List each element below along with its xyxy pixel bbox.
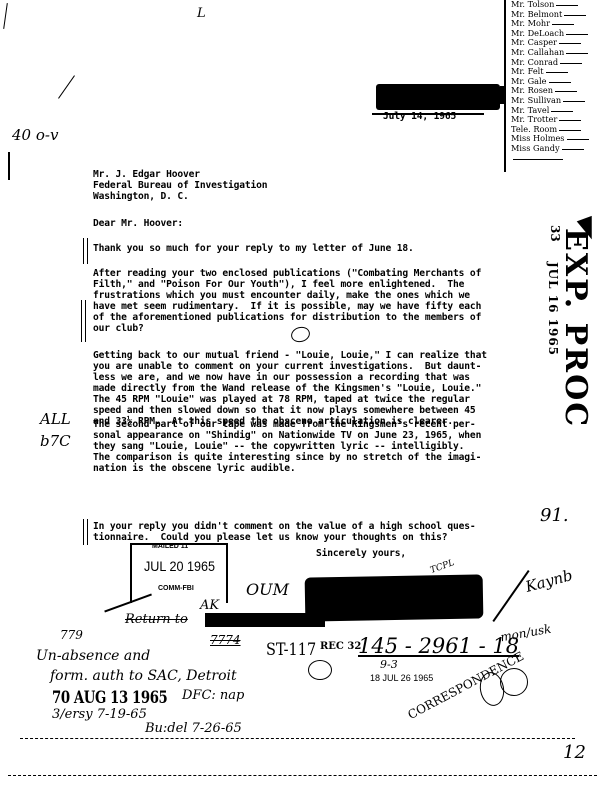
footer-rule-2: [8, 775, 597, 776]
salutation: Dear Mr. Hoover:: [93, 218, 183, 229]
handwritten-note-5: Bu:del 7-26-65: [145, 721, 242, 736]
circle-scribble: [308, 660, 332, 680]
closing: Sincerely yours,: [316, 548, 406, 559]
redaction-signature: [305, 574, 484, 621]
footer-rule-1: [20, 738, 575, 739]
routing-slip-name: Mr. Felt: [511, 66, 544, 76]
routing-slip-name: Miss Holmes: [511, 133, 565, 143]
mailed-stamp-label: MAILED 11: [152, 543, 188, 550]
body-line: Thank you so much for your reply to my l…: [93, 243, 414, 254]
margin-bracket-3: [83, 519, 88, 545]
left-bracket-mark: [8, 152, 10, 180]
routing-slip-name: Mr. Gale: [511, 76, 547, 86]
routing-slip: Mr. TolsonMr. BelmontMr. MohrMr. DeLoach…: [504, 0, 596, 172]
margin-bracket-2: [81, 300, 86, 342]
top-slash: [58, 75, 75, 99]
scribble-loop-2: [500, 668, 528, 696]
routing-slip-line: [560, 63, 582, 64]
handwritten-top-left: 40 o-v: [12, 126, 58, 144]
mailed-stamp-dept: COMM-FBI: [158, 585, 194, 592]
handwritten-tcp: TCPL: [429, 558, 456, 576]
body-line: of the aforementioned publications for d…: [93, 312, 481, 323]
routing-slip-line: [513, 159, 563, 160]
body-line: they sang "Louie, Louie" -- the copywrit…: [93, 441, 464, 452]
file-number: 145 - 2961 - 18: [358, 634, 519, 658]
body-line: The comparison is quite interesting sinc…: [93, 452, 481, 463]
circle-mark: [289, 325, 311, 344]
handwritten-return-to: Return to: [125, 612, 188, 627]
routing-slip-row: Miss Gandy: [506, 144, 596, 154]
margin-bracket-1: [83, 238, 88, 264]
routing-slip-line: [567, 139, 589, 140]
routing-slip-name: Mr. Casper: [511, 37, 557, 47]
body-line: In your reply you didn't comment on the …: [93, 521, 476, 532]
body-line: less we are, and we now have in our poss…: [93, 372, 470, 383]
routing-slip-line: [552, 24, 574, 25]
stamp-st-117: ST-117: [266, 640, 316, 660]
body-line: tionnaire. Could you please let us know …: [93, 532, 447, 543]
address-line-2: Federal Bureau of Investigation: [93, 180, 267, 191]
body-line: The 45 RPM "Louie" was played at 78 RPM,…: [93, 394, 470, 405]
handwritten-b7c: b7C: [40, 432, 71, 450]
stamp-jul-26: 18 JUL 26 1965: [370, 673, 433, 683]
routing-slip-line: [559, 43, 581, 44]
routing-slip-line: [564, 15, 586, 16]
handwritten-oum: OUM: [246, 580, 289, 599]
check-stroke: [492, 570, 529, 622]
routing-slip-name: Mr. Conrad: [511, 57, 558, 67]
date-underline: [372, 113, 484, 115]
routing-slip-line: [566, 53, 588, 54]
body-line: our club?: [93, 323, 144, 334]
handwritten-right-margin: 91.: [540, 505, 569, 526]
routing-slip-name: Mr. Trotter: [511, 114, 557, 124]
address-line-3: Washington, D. C.: [93, 191, 189, 202]
routing-slip-bracket: [500, 86, 504, 104]
handwritten-ak: AK: [200, 598, 219, 613]
stamp-rec-32: REC 32: [320, 641, 361, 652]
handwritten-note-1: Un-absence and: [36, 648, 150, 664]
handwritten-7774: 7774: [210, 633, 241, 647]
top-left-mark: [3, 3, 8, 29]
routing-slip-name: Mr. Belmont: [511, 9, 562, 19]
routing-slip-name: Mr. Tavel: [511, 105, 549, 115]
handwritten-kayne: Kaynb: [523, 566, 574, 596]
top-mark-l: L: [197, 6, 206, 21]
body-line: sonal appearance on "Shindig" on Nationw…: [93, 430, 481, 441]
redaction-return-to: [205, 613, 325, 627]
routing-slip-name: Mr. Callahan: [511, 47, 564, 57]
routing-slip-line: [562, 149, 584, 150]
routing-slip-line: [546, 72, 568, 73]
handwritten-note-2: form. auth to SAC, Detroit: [50, 668, 237, 684]
body-line: Filth," and "Poison For Our Youth"), I f…: [93, 279, 464, 290]
routing-slip-name: Mr. DeLoach: [511, 28, 564, 38]
body-line: After reading your two enclosed publicat…: [93, 268, 481, 279]
routing-slip-line: [555, 91, 577, 92]
routing-slip-name: Tele. Room: [511, 124, 557, 134]
routing-slip-name: Miss Gandy: [511, 143, 560, 153]
body-line: The second part of our tape was made fro…: [93, 419, 476, 430]
routing-slip-line: [559, 120, 581, 121]
mailed-stamp-date: JUL 20 1965: [144, 558, 215, 574]
body-line: speed and then slowed down so that it no…: [93, 405, 476, 416]
body-line: Getting back to our mutual friend - "Lou…: [93, 350, 487, 361]
stamp-exp-proc: EXP. PROC: [560, 228, 590, 428]
handwritten-779: 779: [60, 628, 83, 642]
routing-slip-line: [556, 5, 578, 6]
body-line: made directly from the Wand release of t…: [93, 383, 481, 394]
stamp-aug-13: 70 AUG 13 1965: [52, 688, 167, 708]
redaction-header: [376, 84, 500, 110]
body-line: have met seem rudimentary. If it is poss…: [93, 301, 481, 312]
routing-slip-line: [559, 130, 581, 131]
body-line: nation is the obscene lyric audible.: [93, 463, 296, 474]
handwritten-all: ALL: [40, 410, 71, 428]
routing-slip-line: [566, 34, 588, 35]
routing-slip-blank-row: [506, 154, 596, 164]
routing-slip-line: [563, 101, 585, 102]
body-line: you are unable to comment on your curren…: [93, 361, 481, 372]
handwritten-9-3: 9-3: [380, 658, 398, 671]
address-line-1: Mr. J. Edgar Hoover: [93, 169, 200, 180]
handwritten-note-4: 3/ersy 7-19-65: [52, 707, 147, 722]
body-line: frustrations which you must encounter da…: [93, 290, 470, 301]
routing-slip-name: Mr. Sullivan: [511, 95, 561, 105]
routing-slip-line: [551, 111, 573, 112]
handwritten-note-3: DFC: nap: [182, 688, 244, 703]
routing-slip-name: Mr. Rosen: [511, 85, 553, 95]
routing-slip-line: [549, 82, 571, 83]
routing-slip-name: Mr. Mohr: [511, 18, 550, 28]
page-number: 12: [563, 742, 586, 763]
handwritten-mon-usk: mon/usk: [499, 622, 552, 645]
